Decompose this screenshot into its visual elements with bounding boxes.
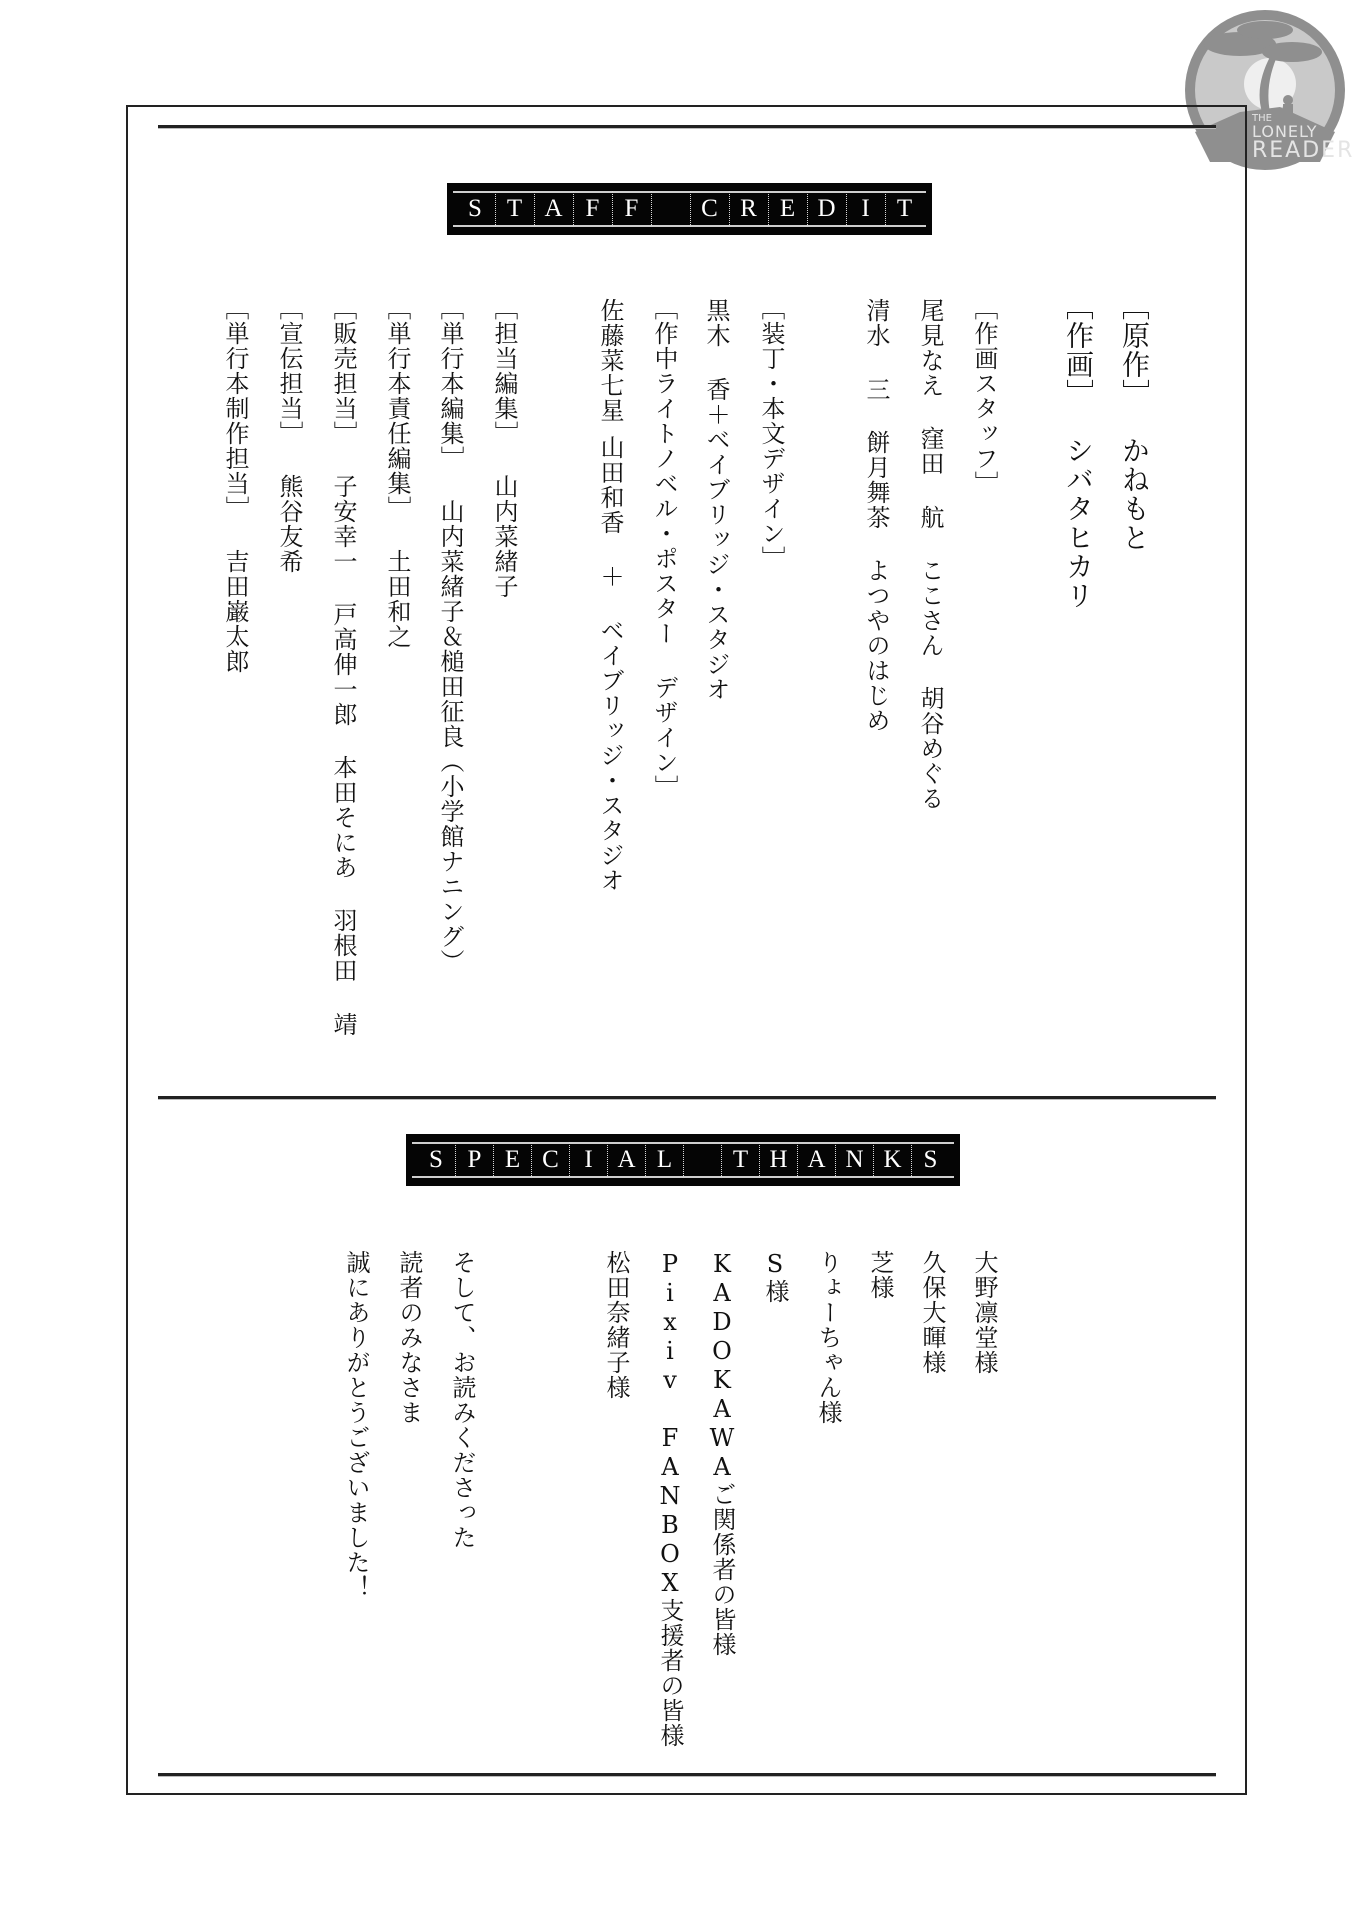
credit-cover-design-names: 黒木 香＋ベイブリッジ・スタジオ — [700, 298, 732, 702]
banner-letter: I — [569, 1142, 607, 1178]
thanks-line: S様 — [759, 1250, 791, 1304]
thanks-line: 松田奈緒子様 — [600, 1250, 632, 1400]
staff-credit-banner: STAFFCREDIT — [447, 183, 932, 235]
banner-letter: S — [417, 1142, 455, 1178]
credit-chief-editor: ［単行本責任編集］土田和之 — [381, 296, 413, 649]
banner-letter: A — [797, 1142, 835, 1178]
credit-name: 窪田 航 — [916, 426, 944, 530]
credit-name: 熊谷友希 — [275, 474, 303, 574]
banner-letter: T — [885, 191, 924, 227]
credit-name: 吉田巌太郎 — [221, 549, 249, 674]
banner-letter: F — [573, 191, 612, 227]
staff-credit-title: STAFFCREDIT — [456, 191, 924, 227]
credit-name: 餅月舞茶 — [862, 430, 890, 530]
credit-name: 尾見なえ — [916, 298, 944, 398]
banner-letter: R — [729, 191, 768, 227]
banner-letter: D — [807, 191, 846, 227]
bottom-rule — [158, 1773, 1216, 1777]
credit-novel-poster-design-names: 佐藤菜七星山田和香 ＋ ベイブリッジ・スタジオ — [594, 298, 626, 893]
role-label: ［単行本制作担当］ — [221, 296, 249, 521]
banner-letter: E — [768, 191, 807, 227]
credit-name: 戸高伸一郎 — [329, 602, 357, 727]
banner-letter: F — [612, 191, 651, 227]
thanks-line: KADOKAWAご関係者の皆様 — [706, 1250, 738, 1657]
thanks-closing-line: 誠にありがとうございました！ — [340, 1250, 372, 1600]
credit-promotion: ［宣伝担当］熊谷友希 — [273, 296, 305, 574]
credit-name: 子安幸一 — [329, 474, 357, 574]
middle-rule — [158, 1096, 1216, 1100]
credit-art: ［作画］シバタヒカリ — [1062, 292, 1094, 610]
thanks-line: 大野凛堂様 — [968, 1250, 1000, 1375]
credit-name: 佐藤菜七星 — [596, 298, 624, 423]
credit-production: ［単行本制作担当］吉田巌太郎 — [219, 296, 251, 674]
credit-name: 山内菜緒子 — [490, 474, 518, 599]
credit-name: 清水 三 — [862, 298, 890, 402]
watermark-text: THE LONELY READER — [1252, 114, 1354, 162]
banner-letter: K — [873, 1142, 911, 1178]
banner-letter: C — [531, 1142, 569, 1178]
banner-letter: H — [759, 1142, 797, 1178]
credit-art-staff-names-2: 清水 三餅月舞茶よつやのはじめ — [860, 298, 892, 733]
banner-letter: E — [493, 1142, 531, 1178]
banner-letter: T — [721, 1142, 759, 1178]
banner-letter: C — [690, 191, 729, 227]
credit-name: 胡谷めぐる — [916, 686, 944, 811]
credit-original-work: ［原作］かねもと — [1118, 292, 1150, 552]
special-thanks-title: SPECIALTHANKS — [417, 1142, 949, 1178]
banner-letter: S — [456, 191, 495, 227]
credit-volume-editor: ［単行本編集］山内菜緒子＆槌田征良（小学館ナニング） — [434, 296, 466, 974]
credit-novel-poster-design-label: ［作中ライトノベル・ポスター デザイン］ — [648, 296, 680, 800]
credit-art-staff-names-1: 尾見なえ窪田 航ここさん胡谷めぐる — [914, 298, 946, 811]
thanks-line: りょーちゃん様 — [812, 1250, 844, 1425]
watermark-line-reader: READER — [1252, 140, 1354, 162]
role-label: ［作画］ — [1062, 292, 1095, 408]
role-label: ［単行本編集］ — [436, 296, 464, 471]
top-rule — [158, 125, 1216, 129]
banner-letter — [683, 1142, 721, 1178]
thanks-line: Pixiv FANBOX支援者の皆様 — [654, 1250, 686, 1748]
credit-cover-design-label: ［装丁・本文デザイン］ — [755, 296, 787, 571]
credit-name: よつやのはじめ — [862, 558, 890, 733]
role-label: ［単行本責任編集］ — [383, 296, 411, 521]
credit-sales: ［販売担当］子安幸一戸高伸一郎本田そにあ羽根田 靖 — [327, 296, 359, 1037]
role-label: ［作画スタッフ］ — [970, 296, 998, 496]
credit-name: かねもと — [1118, 436, 1151, 552]
credit-name: 土田和之 — [383, 549, 411, 649]
thanks-line: 久保大暉様 — [916, 1250, 948, 1375]
banner-letter: L — [645, 1142, 683, 1178]
role-label: ［装丁・本文デザイン］ — [757, 296, 785, 571]
banner-letter: T — [495, 191, 534, 227]
thanks-line: 芝様 — [864, 1250, 896, 1300]
credit-name: ここさん — [916, 558, 944, 658]
role-label: ［原作］ — [1118, 292, 1151, 408]
credit-name: 黒木 香＋ベイブリッジ・スタジオ — [702, 298, 730, 702]
credit-name: シバタヒカリ — [1062, 436, 1095, 610]
role-label: ［宣伝担当］ — [275, 296, 303, 446]
banner-letter: A — [534, 191, 573, 227]
banner-letter: I — [846, 191, 885, 227]
thanks-closing-line: 読者のみなさま — [393, 1250, 425, 1425]
banner-letter — [651, 191, 690, 227]
role-label: ［作中ライトノベル・ポスター デザイン］ — [650, 296, 678, 800]
banner-letter: A — [607, 1142, 645, 1178]
role-label: ［販売担当］ — [329, 296, 357, 446]
banner-letter: N — [835, 1142, 873, 1178]
banner-letter: P — [455, 1142, 493, 1178]
credit-art-staff-label: ［作画スタッフ］ — [968, 296, 1000, 496]
credit-editor: ［担当編集］山内菜緒子 — [488, 296, 520, 599]
credit-name: 山田和香 ＋ ベイブリッジ・スタジオ — [596, 435, 624, 893]
credit-name: 本田そにあ — [329, 755, 357, 880]
banner-letter: S — [911, 1142, 949, 1178]
credit-name: 山内菜緒子＆槌田征良（小学館ナニング） — [436, 499, 464, 974]
thanks-closing-line: そして、お読みくださった — [446, 1250, 478, 1550]
credit-name: 羽根田 靖 — [329, 908, 357, 1037]
special-thanks-banner: SPECIALTHANKS — [406, 1134, 960, 1186]
role-label: ［担当編集］ — [490, 296, 518, 446]
